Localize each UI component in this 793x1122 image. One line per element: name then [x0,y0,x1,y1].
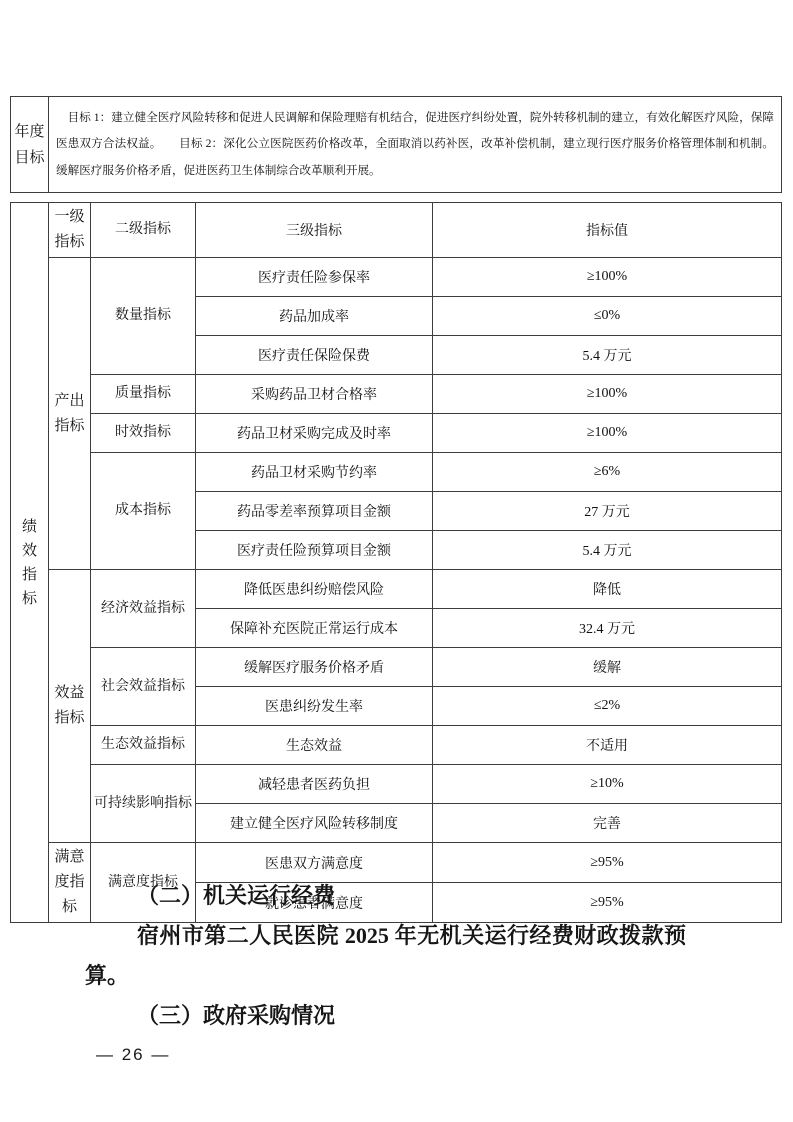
section-paragraph-ii: 宿州市第二人民医院 2025 年无机关运行经费财政拨款预算。 [85,916,686,996]
annual-goal-text: 目标 1：建立健全医疗风险转移和促进人民调解和保险理赔有机结合，促进医疗纠纷处置… [56,105,774,185]
indicator-value: 缓解 [433,648,782,687]
table-row: 社会效益指标 缓解医疗服务价格矛盾 缓解 [11,648,782,687]
indicator-name: 药品零差率预算项目金额 [196,492,433,531]
level2-timeliness-indicators: 时效指标 [91,414,196,453]
page-number: — 26 — [96,1045,170,1065]
indicator-value: ≥6% [433,453,782,492]
indicator-name: 缓解医疗服务价格矛盾 [196,648,433,687]
level1-benefit-indicators: 效益指标 [49,570,91,843]
level1-output-indicators: 产出指标 [49,258,91,570]
col-header-value: 指标值 [433,203,782,258]
level2-quantity-indicators: 数量指标 [91,258,196,375]
indicator-value: ≤2% [433,687,782,726]
section-heading-iii: （三）政府采购情况 [85,996,686,1036]
indicator-value: 5.4 万元 [433,336,782,375]
indicator-name: 医疗责任保险保费 [196,336,433,375]
col-header-level2: 二级指标 [91,203,196,258]
indicator-value: 完善 [433,804,782,843]
col-header-level3: 三级指标 [196,203,433,258]
indicator-value: ≥10% [433,765,782,804]
table-row: 质量指标 采购药品卫材合格率 ≥100% [11,375,782,414]
indicator-name: 药品加成率 [196,297,433,336]
level2-quality-indicators: 质量指标 [91,375,196,414]
indicator-name: 医疗责任险参保率 [196,258,433,297]
header-row: 绩效指标 一级指标 二级指标 三级指标 指标值 [11,203,782,258]
indicator-value: ≤0% [433,297,782,336]
indicator-name: 医疗责任险预算项目金额 [196,531,433,570]
table-row: 可持续影响指标 减轻患者医药负担 ≥10% [11,765,782,804]
level2-ecological-benefit-indicators: 生态效益指标 [91,726,196,765]
table-row: 时效指标 药品卫材采购完成及时率 ≥100% [11,414,782,453]
annual-goal-row: 年度目标 目标 1：建立健全医疗风险转移和促进人民调解和保险理赔有机结合，促进医… [11,97,782,193]
performance-indicator-table: 绩效指标 一级指标 二级指标 三级指标 指标值 产出指标 数量指标 医疗责任险参… [10,202,782,923]
col-header-level1: 一级指标 [49,203,91,258]
perf-indicator-row-header: 绩效指标 [11,203,49,923]
level2-social-benefit-indicators: 社会效益指标 [91,648,196,726]
indicator-name: 保障补充医院正常运行成本 [196,609,433,648]
indicator-value: 降低 [433,570,782,609]
level2-economic-benefit-indicators: 经济效益指标 [91,570,196,648]
level2-cost-indicators: 成本指标 [91,453,196,570]
indicator-value: 32.4 万元 [433,609,782,648]
indicator-name: 采购药品卫材合格率 [196,375,433,414]
indicator-name: 建立健全医疗风险转移制度 [196,804,433,843]
table-row: 成本指标 药品卫材采购节约率 ≥6% [11,453,782,492]
body-text-block: （二）机关运行经费 宿州市第二人民医院 2025 年无机关运行经费财政拨款预算。… [85,876,686,1036]
indicator-value: ≥100% [433,414,782,453]
table-row: 产出指标 数量指标 医疗责任险参保率 ≥100% [11,258,782,297]
indicator-name: 药品卫材采购完成及时率 [196,414,433,453]
document-page: 年度目标 目标 1：建立健全医疗风险转移和促进人民调解和保险理赔有机结合，促进医… [0,0,793,1122]
indicator-name: 降低医患纠纷赔偿风险 [196,570,433,609]
section-heading-ii: （二）机关运行经费 [85,876,686,916]
annual-goal-text-cell: 目标 1：建立健全医疗风险转移和促进人民调解和保险理赔有机结合，促进医疗纠纷处置… [49,97,782,193]
annual-goal-table: 年度目标 目标 1：建立健全医疗风险转移和促进人民调解和保险理赔有机结合，促进医… [10,96,782,193]
indicator-value: ≥100% [433,258,782,297]
indicator-name: 生态效益 [196,726,433,765]
annual-goal-row-header: 年度目标 [11,97,49,193]
indicator-value: 5.4 万元 [433,531,782,570]
level2-sustainable-impact-indicators: 可持续影响指标 [91,765,196,843]
table-row: 效益指标 经济效益指标 降低医患纠纷赔偿风险 降低 [11,570,782,609]
indicator-value: ≥100% [433,375,782,414]
table-row: 生态效益指标 生态效益 不适用 [11,726,782,765]
indicator-name: 减轻患者医药负担 [196,765,433,804]
indicator-value: 不适用 [433,726,782,765]
indicator-name: 医患纠纷发生率 [196,687,433,726]
indicator-name: 药品卫材采购节约率 [196,453,433,492]
indicator-value: 27 万元 [433,492,782,531]
